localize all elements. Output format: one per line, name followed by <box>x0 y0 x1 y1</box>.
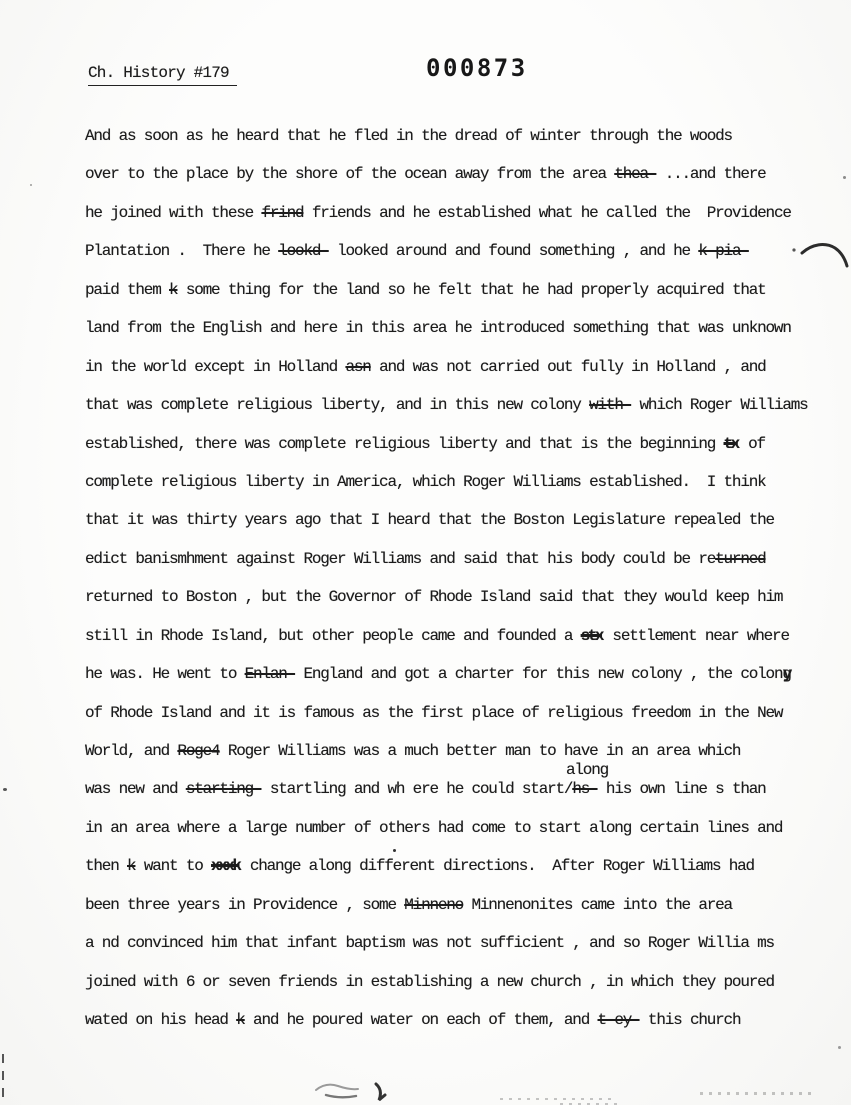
struck-text: turned <box>715 550 765 568</box>
text-line: was new and starting- startling and wh e… <box>85 770 845 808</box>
text-segment: y <box>783 665 791 683</box>
text-line: Plantation . There he lookd- looked arou… <box>85 232 845 270</box>
struck-text: Minneno <box>404 896 463 914</box>
text-segment: England and got a charter for this new c… <box>295 665 791 683</box>
margin-fold-mark <box>2 1054 4 1105</box>
struck-text: Roge4 <box>177 742 219 760</box>
struck-text: stx <box>581 627 604 645</box>
text-line: a nd convinced him that infant baptism w… <box>85 924 845 962</box>
text-segment: of <box>740 435 765 453</box>
text-segment: a nd convinced him that infant baptism w… <box>85 934 774 952</box>
text-line: that was complete religious liberty, and… <box>85 386 845 424</box>
text-segment: looked around and found something , and … <box>329 242 699 260</box>
text-segment: friends and he established what he calle… <box>303 204 790 222</box>
struck-text: k <box>236 1011 244 1029</box>
scan-dust-trail <box>500 1098 612 1100</box>
text-segment: his own line s than <box>598 780 766 798</box>
text-segment: that it was thirty years ago that I hear… <box>85 511 774 529</box>
scan-speck <box>3 788 7 791</box>
text-segment: Minnenonites came into the area <box>463 896 732 914</box>
stamp-number: 000873 <box>426 54 528 82</box>
text-segment: wated on his head <box>85 1011 236 1029</box>
text-segment: complete religious liberty in America, w… <box>85 473 766 491</box>
text-line: And as soon as he heard that he fled in … <box>85 117 845 155</box>
bottom-smudge <box>312 1080 422 1105</box>
text-line: he joined with these frind friends and h… <box>85 194 845 232</box>
text-segment: over to the place by the shore of the oc… <box>85 165 614 183</box>
text-segment: Roger Williams was a much better man to … <box>219 742 740 760</box>
text-segment: and he poured water on each of them, and <box>245 1011 598 1029</box>
body-text: And as soon as he heard that he fled in … <box>85 117 845 1040</box>
struck-text: with- <box>589 396 631 414</box>
text-line: World, and Roge4 Roger Williams was a mu… <box>85 732 845 770</box>
text-segment: some thing for the land so he felt that … <box>177 281 765 299</box>
struck-text: starting- <box>186 780 262 798</box>
text-line: returned to Boston , but the Governor of… <box>85 578 845 616</box>
text-segment: land from the English and here in this a… <box>85 319 791 337</box>
scan-dust-trail <box>700 1092 814 1095</box>
text-segment: that was complete religious liberty, and… <box>85 396 589 414</box>
struck-text: k-pia- <box>698 242 748 260</box>
struck-text: frind <box>261 204 303 222</box>
text-line: in the world except in Holland asn and w… <box>85 348 845 386</box>
scanned-page: Ch. History #179 000873 And as soon as h… <box>0 0 851 1105</box>
text-line: edict banismhment against Roger Williams… <box>85 540 845 578</box>
text-segment: in an area where a large number of other… <box>85 819 782 837</box>
text-segment: returned to Boston , but the Governor of… <box>85 588 782 606</box>
text-line: in an area where a large number of other… <box>85 809 845 847</box>
text-segment: change along different directions. After… <box>241 857 754 875</box>
text-line: over to the place by the shore of the oc… <box>85 155 845 193</box>
struck-text: thea- <box>614 165 656 183</box>
text-segment: joined with 6 or seven friends in establ… <box>85 973 774 991</box>
scan-speck <box>843 176 846 179</box>
text-line: still in Rhode Island, but other people … <box>85 617 845 655</box>
page-title: Ch. History #179 <box>88 64 237 86</box>
text-line: established, there was complete religiou… <box>85 425 845 463</box>
text-segment: World, and <box>85 742 177 760</box>
struck-text: asn <box>345 358 370 376</box>
scan-speck <box>30 184 32 186</box>
text-segment: And as soon as he heard that he fled in … <box>85 127 732 145</box>
text-segment: then <box>85 857 127 875</box>
text-segment: startling and wh ere he could start/ <box>261 780 572 798</box>
text-segment: and was not carried out fully in Holland… <box>371 358 766 376</box>
scan-speck <box>838 1046 841 1049</box>
text-segment: which Roger Williams <box>631 396 807 414</box>
text-line: land from the English and here in this a… <box>85 309 845 347</box>
struck-text: t-ey- <box>598 1011 640 1029</box>
struck-text: hs- <box>572 780 597 798</box>
text-segment: still in Rhode Island, but other people … <box>85 627 581 645</box>
text-segment: he was. He went to <box>85 665 245 683</box>
text-segment: want to <box>135 857 211 875</box>
text-segment: he joined with these <box>85 204 261 222</box>
text-segment: ...and there <box>656 165 765 183</box>
text-segment: settlement near where <box>604 627 789 645</box>
scan-speck <box>393 849 396 852</box>
text-line: joined with 6 or seven friends in establ… <box>85 963 845 1001</box>
text-line: paid them k some thing for the land so h… <box>85 271 845 309</box>
struck-text: xxxk <box>211 857 241 875</box>
text-segment: paid them <box>85 281 169 299</box>
text-segment: of Rhode Island and it is famous as the … <box>85 704 782 722</box>
text-line: complete religious liberty in America, w… <box>85 463 845 501</box>
pen-mark-icon <box>788 236 851 272</box>
text-segment: in the world except in Holland <box>85 358 345 376</box>
struck-text: tx <box>724 435 740 453</box>
text-segment: been three years in Providence , some <box>85 896 404 914</box>
text-line: then k want to xxxk change along differe… <box>85 847 845 885</box>
text-segment: Plantation . There he <box>85 242 278 260</box>
text-line: that it was thirty years ago that I hear… <box>85 501 845 539</box>
text-line: he was. He went to Enlan- England and go… <box>85 655 845 693</box>
text-line: of Rhode Island and it is famous as the … <box>85 694 845 732</box>
text-segment: edict banismhment against Roger Williams… <box>85 550 715 568</box>
text-segment: established, there was complete religiou… <box>85 435 724 453</box>
text-segment: was new and <box>85 780 186 798</box>
text-segment: this church <box>640 1011 741 1029</box>
text-line: wated on his head k and he poured water … <box>85 1001 845 1039</box>
inserted-word: along <box>566 761 608 779</box>
text-line: been three years in Providence , some Mi… <box>85 886 845 924</box>
struck-text: Enlan- <box>245 665 295 683</box>
struck-text: lookd- <box>278 242 328 260</box>
